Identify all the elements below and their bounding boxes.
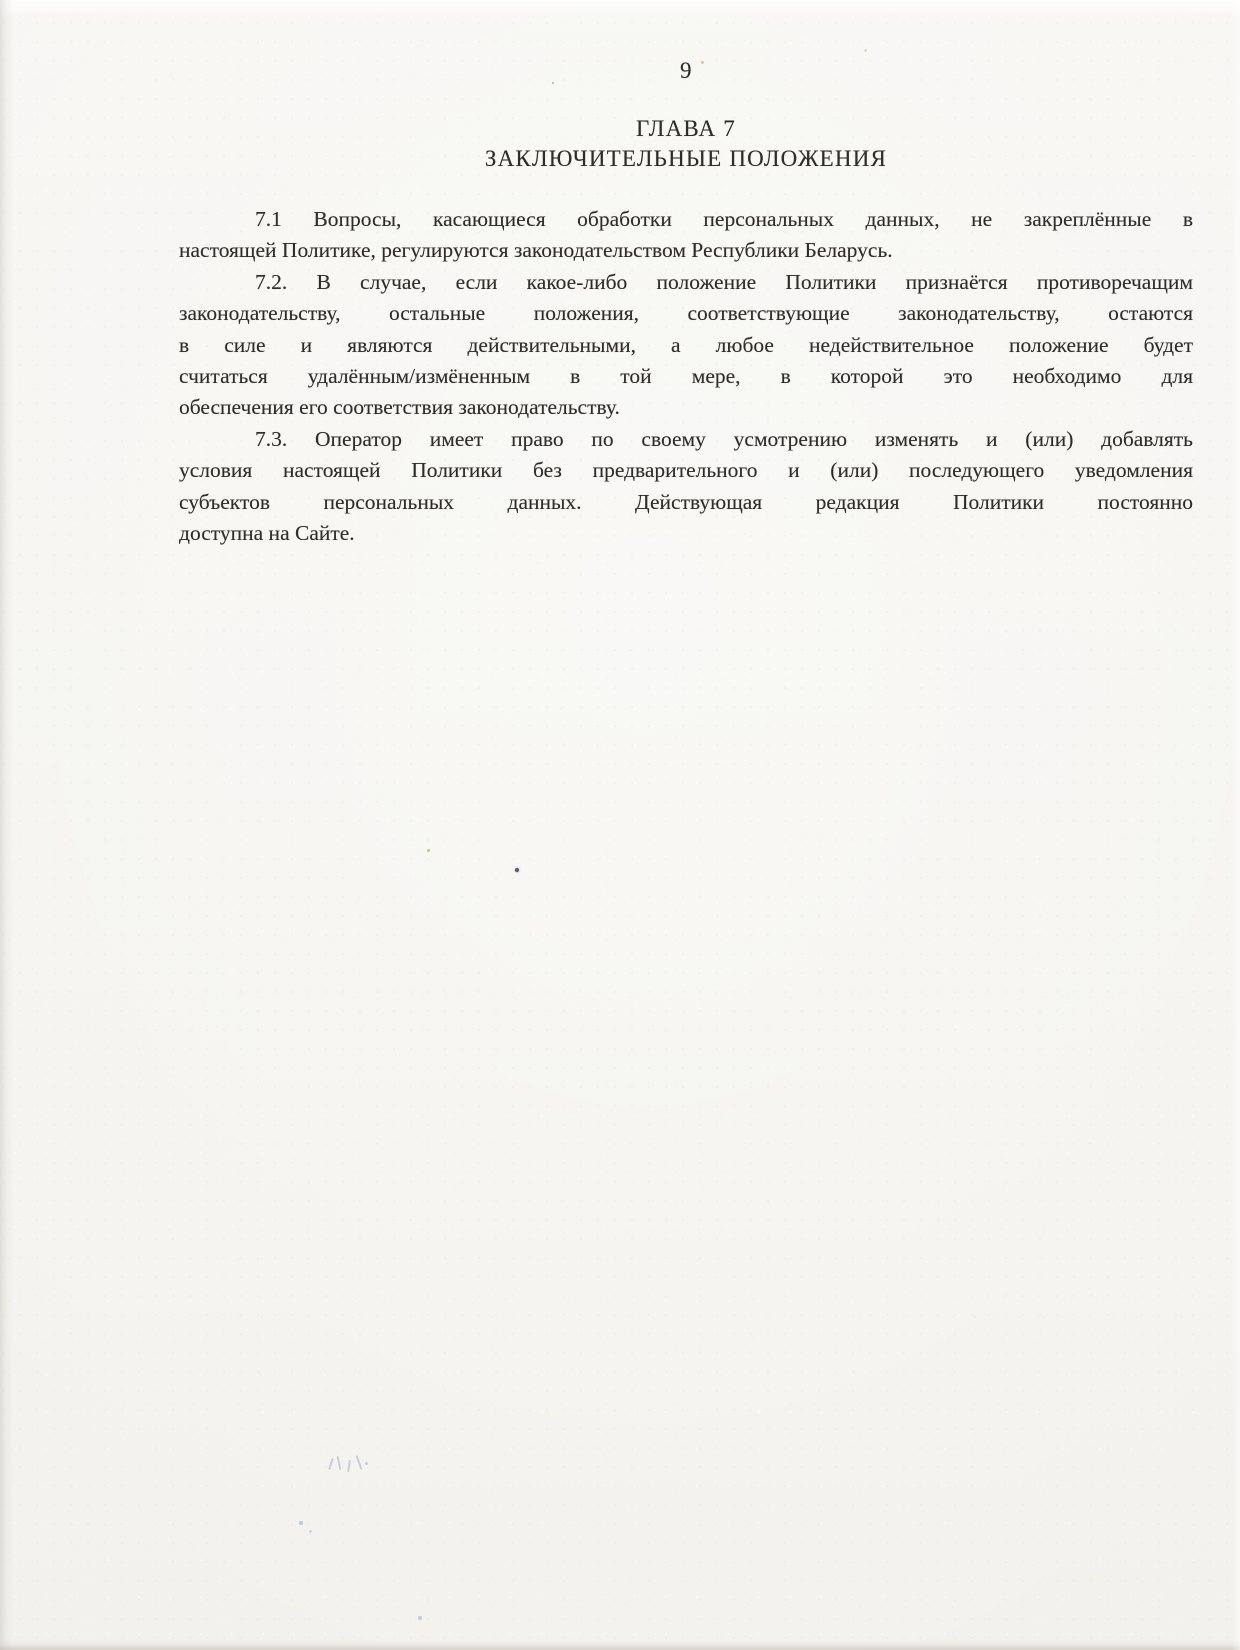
chapter-heading: ГЛАВА 7 ЗАКЛЮЧИТЕЛЬНЫЕ ПОЛОЖЕНИЯ xyxy=(179,114,1193,174)
scan-speckle xyxy=(864,49,867,52)
text-line: субъектов персональных данных. Действующ… xyxy=(179,487,1193,518)
scan-speckle xyxy=(427,849,430,852)
scanned-document-page: 9 ГЛАВА 7 ЗАКЛЮЧИТЕЛЬНЫЕ ПОЛОЖЕНИЯ 7.1 В… xyxy=(0,0,1240,1650)
text-line: 7.3. Оператор имеет право по своему усмо… xyxy=(179,424,1193,455)
chapter-subtitle: ЗАКЛЮЧИТЕЛЬНЫЕ ПОЛОЖЕНИЯ xyxy=(179,144,1193,174)
text-line: 7.2. В случае, если какое-либо положение… xyxy=(179,267,1193,298)
text-line: 7.1 Вопросы, касающиеся обработки персон… xyxy=(179,204,1193,235)
text-line: обеспечения его соответствия законодател… xyxy=(179,392,1193,423)
text-line: доступна на Сайте. xyxy=(179,518,1193,549)
text-line: настоящей Политике, регулируются законод… xyxy=(179,235,1193,266)
scan-edge-left xyxy=(0,0,14,1650)
pencil-mark-artifact xyxy=(328,1452,372,1476)
page-number: 9 xyxy=(179,56,1193,86)
scan-edge-bottom xyxy=(0,1640,1240,1650)
text-line: в силе и являются действительными, а люб… xyxy=(179,330,1193,361)
scan-edge-top xyxy=(0,0,1240,16)
scan-speckle xyxy=(418,1616,422,1620)
scan-edge-right xyxy=(1232,0,1240,1650)
text-line: условия настоящей Политики без предварит… xyxy=(179,455,1193,486)
scan-speckle xyxy=(309,1530,312,1533)
policy-text: 7.1 Вопросы, касающиеся обработки персон… xyxy=(179,204,1193,549)
ink-dot-artifact xyxy=(515,868,519,872)
chapter-title: ГЛАВА 7 xyxy=(179,114,1193,144)
text-line: считаться удалённым/измёненным в той мер… xyxy=(179,361,1193,392)
scan-speckle xyxy=(299,1521,303,1525)
text-line: законодательству, остальные положения, с… xyxy=(179,298,1193,329)
